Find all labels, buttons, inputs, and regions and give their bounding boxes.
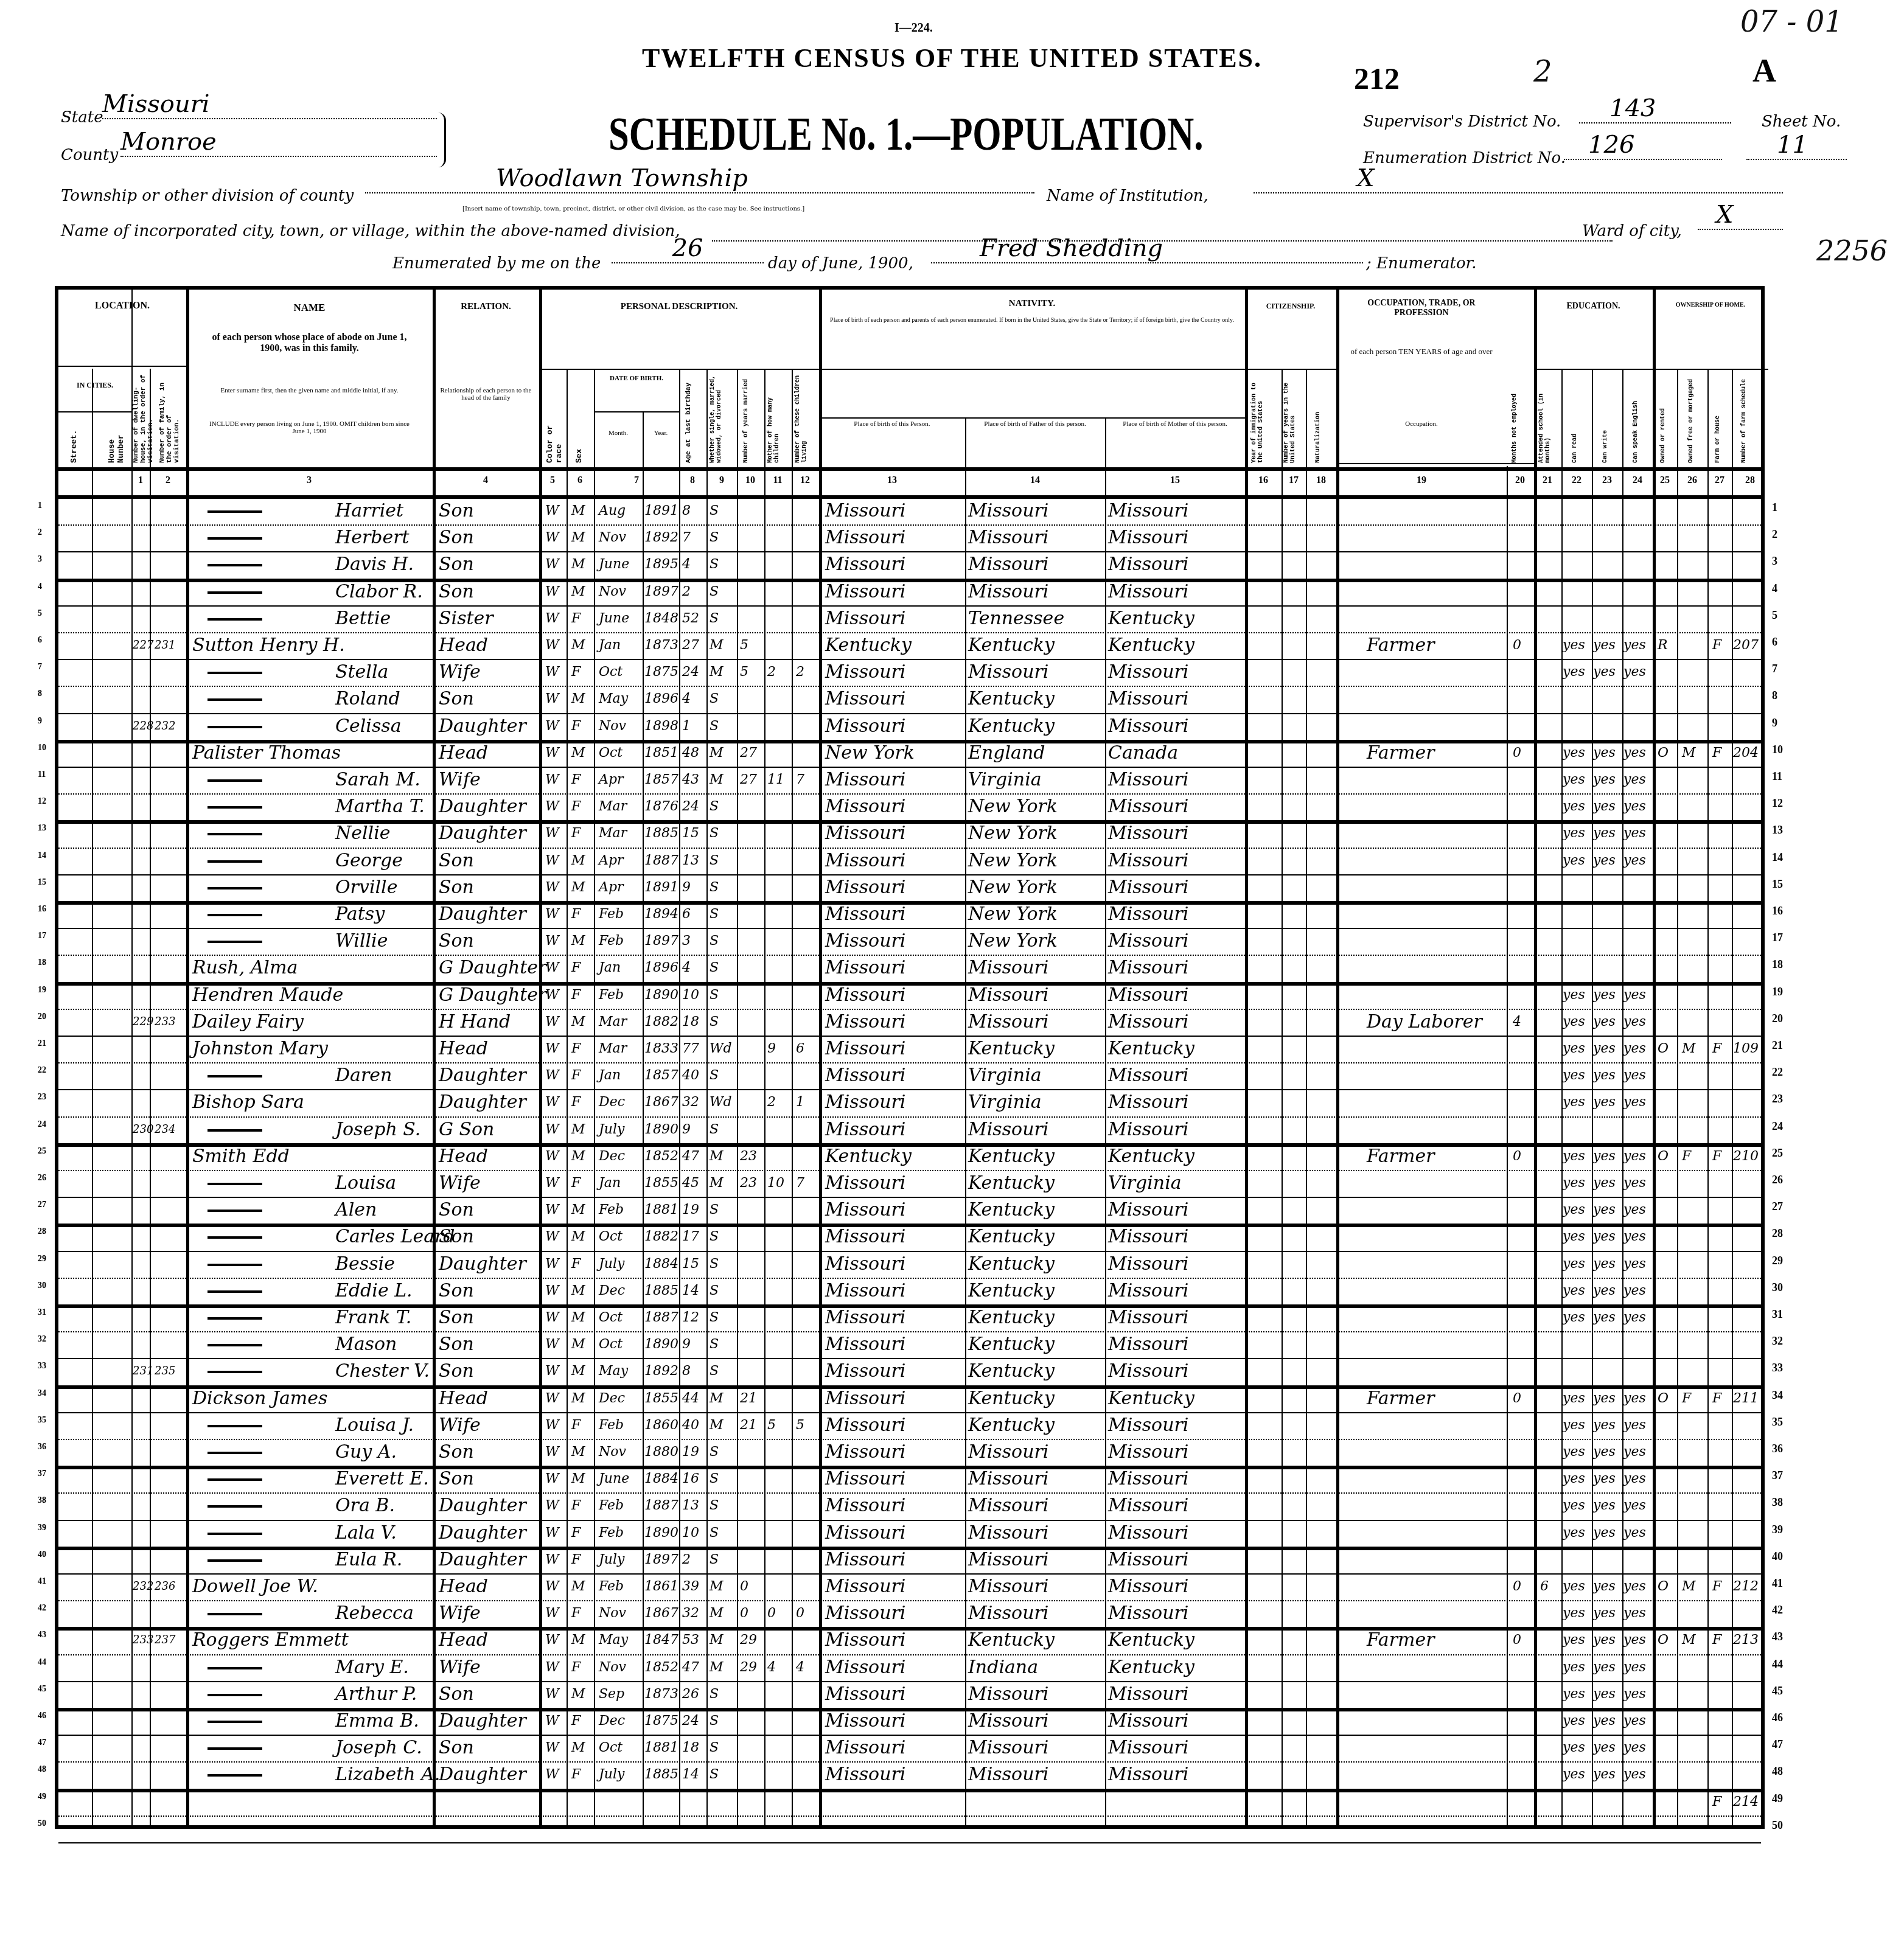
- supervisor-label: Supervisor's District No.: [1363, 113, 1561, 131]
- birth-year: 1873: [644, 632, 678, 659]
- dwelling-number: 229: [133, 1009, 153, 1036]
- can-speak-english: yes: [1623, 848, 1646, 874]
- table-row[interactable]: Arthur P.SonWMSep187326SMissouriMissouri…: [58, 1681, 1761, 1708]
- color: W: [545, 1331, 559, 1358]
- can-speak-english: yes: [1623, 1412, 1646, 1439]
- table-row[interactable]: Frank T.SonWMOct188712SMissouriKentuckyM…: [58, 1304, 1761, 1331]
- birthplace-person: Missouri: [825, 1547, 905, 1573]
- table-row[interactable]: Rush, AlmaG DaughterWFJan18964SMissouriM…: [58, 955, 1761, 981]
- header-house-number: House Number: [107, 417, 125, 463]
- person-name: Roland: [207, 686, 400, 712]
- birth-year: 1890: [644, 982, 678, 1009]
- line-number-left: 49: [38, 1792, 46, 1802]
- table-row[interactable]: HerbertSonWMNov18927SMissouriMissouriMis…: [58, 524, 1761, 551]
- can-speak-english: yes: [1623, 1761, 1646, 1788]
- supervisor-field[interactable]: 143: [1579, 94, 1731, 124]
- relation: Head: [439, 1627, 488, 1654]
- table-row[interactable]: Louisa J.WifeWFFeb186040M2155MissouriKen…: [58, 1412, 1761, 1439]
- table-row[interactable]: Hendren MaudeG DaughterWFFeb189010SMisso…: [58, 982, 1761, 1009]
- birth-year: 1876: [644, 793, 678, 820]
- line-number-left: 29: [38, 1255, 46, 1264]
- birthplace-father: Kentucky: [968, 1170, 1055, 1197]
- can-write: yes: [1593, 1170, 1616, 1197]
- person-name: Davis H.: [207, 551, 414, 578]
- column-number: 14: [1026, 475, 1044, 486]
- line-number-left: 42: [38, 1604, 46, 1614]
- line-number: 22: [1772, 1066, 1783, 1079]
- county-field[interactable]: Monroe: [120, 128, 437, 157]
- table-row[interactable]: Everett E.SonWMJune188416SMissouriMissou…: [58, 1466, 1761, 1492]
- line-number: 13: [1772, 824, 1783, 837]
- relation: Son: [439, 1197, 474, 1224]
- line-number: 46: [1772, 1711, 1783, 1724]
- birth-month: Jan: [599, 955, 621, 981]
- marital-status: S: [710, 982, 719, 1009]
- relation: Son: [439, 874, 474, 901]
- ditto-surname-dash: [207, 1317, 262, 1320]
- header-children-living: Number of these children living: [795, 375, 817, 463]
- ditto-surname-dash: [207, 1371, 262, 1373]
- line-number-left: 1: [38, 501, 42, 511]
- line-number-left: 25: [38, 1147, 46, 1157]
- table-row[interactable]: MasonSonWMOct18909SMissouriKentuckyMisso…: [58, 1331, 1761, 1358]
- birth-month: June: [599, 1466, 629, 1492]
- sex: M: [571, 579, 585, 605]
- table-row[interactable]: OrvilleSonWMApr18919SMissouriNew YorkMis…: [58, 874, 1761, 901]
- age: 32: [682, 1600, 699, 1627]
- table-row[interactable]: Lizabeth A.DaughterWFJuly188514SMissouri…: [58, 1761, 1761, 1788]
- line-number-left: 33: [38, 1362, 46, 1371]
- table-row[interactable]: BessieDaughterWFJuly188415SMissouriKentu…: [58, 1251, 1761, 1278]
- can-speak-english: yes: [1623, 1466, 1646, 1492]
- birthplace-mother: Missouri: [1108, 1009, 1188, 1036]
- header-naturalization: Naturalization: [1315, 399, 1322, 463]
- table-row[interactable]: WillieSonWMFeb18973SMissouriNew YorkMiss…: [58, 928, 1761, 955]
- sex: F: [571, 1492, 581, 1519]
- age: 9: [682, 874, 691, 901]
- children-living: 4: [796, 1654, 804, 1681]
- line-number-left: 6: [38, 636, 42, 646]
- table-row[interactable]: Sutton Henry H.227231HeadWMJan187327M5Ke…: [58, 632, 1761, 659]
- marital-status: S: [710, 1197, 719, 1224]
- line-number: 10: [1772, 743, 1783, 756]
- years-married: 5: [740, 632, 748, 659]
- birth-year: 1882: [644, 1009, 678, 1036]
- birthplace-mother: Missouri: [1108, 901, 1188, 928]
- sex: M: [571, 740, 585, 767]
- table-row[interactable]: BettieSisterWFJune184852SMissouriTenness…: [58, 605, 1761, 632]
- birthplace-mother: Kentucky: [1108, 1627, 1194, 1654]
- table-row[interactable]: NellieDaughterWFMar188515SMissouriNew Yo…: [58, 820, 1761, 847]
- birth-month: Dec: [599, 1089, 625, 1116]
- birthplace-mother: Missouri: [1108, 1089, 1188, 1116]
- color: W: [545, 713, 559, 740]
- sex: F: [571, 1062, 581, 1089]
- table-row[interactable]: Ora B.DaughterWFFeb188713SMissouriMissou…: [58, 1492, 1761, 1519]
- ditto-surname-dash: [207, 1452, 262, 1454]
- birthplace-person: Missouri: [825, 1170, 905, 1197]
- color: W: [545, 1143, 559, 1170]
- birth-month: Feb: [599, 901, 624, 928]
- table-row[interactable]: Guy A.SonWMNov188019SMissouriMissouriMis…: [58, 1439, 1761, 1466]
- age: 15: [682, 1251, 699, 1278]
- column-number: 6: [571, 475, 589, 486]
- birth-year: 1898: [644, 713, 678, 740]
- table-row[interactable]: AlenSonWMFeb188119SMissouriKentuckyMisso…: [58, 1197, 1761, 1224]
- birth-month: July: [599, 1547, 624, 1573]
- color: W: [545, 1573, 559, 1600]
- table-row[interactable]: Smith EddHeadWMDec185247M23KentuckyKentu…: [58, 1143, 1761, 1170]
- can-write: yes: [1593, 820, 1616, 847]
- ditto-surname-dash: [207, 1075, 262, 1077]
- birth-year: 1833: [644, 1036, 678, 1062]
- color: W: [545, 1385, 559, 1412]
- ditto-surname-dash: [207, 591, 262, 594]
- column-number: 24: [1628, 475, 1647, 486]
- birthplace-father: Missouri: [968, 1009, 1048, 1036]
- marital-status: S: [710, 1761, 719, 1788]
- line-number: 8: [1772, 689, 1777, 702]
- line-number: 28: [1772, 1227, 1783, 1240]
- birthplace-mother: Kentucky: [1108, 605, 1194, 632]
- table-row[interactable]: Roggers Emmett233237HeadWMMay184753M29Mi…: [58, 1627, 1761, 1654]
- table-row[interactable]: PatsyDaughterWFFeb18946SMissouriNew York…: [58, 901, 1761, 928]
- table-row[interactable]: Lala V.DaughterWFFeb189010SMissouriMisso…: [58, 1520, 1761, 1547]
- sheet-label: Sheet No.: [1762, 113, 1841, 131]
- color: W: [545, 1735, 559, 1761]
- table-row[interactable]: Joseph C.SonWMOct188118SMissouriMissouri…: [58, 1735, 1761, 1761]
- header-birth-father: Place of birth of Father of this person.: [968, 420, 1102, 428]
- column-number: 4: [476, 475, 495, 486]
- table-row[interactable]: DarenDaughterWFJan185740SMissouriVirgini…: [58, 1062, 1761, 1089]
- dwelling-number: 233: [133, 1627, 153, 1654]
- can-write: yes: [1593, 1466, 1616, 1492]
- can-write: yes: [1593, 1089, 1616, 1116]
- birthplace-person: Missouri: [825, 498, 905, 524]
- person-name: Joseph S.: [207, 1116, 420, 1143]
- dwelling-number: 231: [133, 1358, 153, 1385]
- table-row[interactable]: Davis H.SonWMJune18954SMissouriMissouriM…: [58, 551, 1761, 578]
- header-ownership: OWNERSHIP OF HOME.: [1653, 302, 1768, 308]
- marital-status: S: [710, 820, 719, 847]
- family-number: 234: [155, 1116, 175, 1143]
- dwelling-number: 232: [133, 1573, 153, 1600]
- color: W: [545, 1278, 559, 1304]
- can-write: yes: [1593, 1708, 1616, 1735]
- birthplace-person: Missouri: [825, 1492, 905, 1519]
- line-number-left: 2: [38, 528, 42, 538]
- ward-field[interactable]: X: [1698, 201, 1783, 230]
- can-write: yes: [1593, 1735, 1616, 1761]
- relation: Son: [439, 524, 474, 551]
- line-number-left: 11: [38, 770, 46, 780]
- table-row[interactable]: LouisaWifeWFJan185545M23107MissouriKentu…: [58, 1170, 1761, 1197]
- birthplace-person: Missouri: [825, 928, 905, 955]
- birth-year: 1860: [644, 1412, 678, 1439]
- ditto-surname-dash: [207, 1183, 262, 1185]
- enumerated-suffix: day of June, 1900,: [768, 254, 913, 273]
- city-label: Name of incorporated city, town, or vill…: [61, 222, 680, 240]
- table-row[interactable]: Johnston MaryHeadWFMar183377Wd96Missouri…: [58, 1036, 1761, 1062]
- birth-year: 1867: [644, 1600, 678, 1627]
- relation: Daughter: [439, 1492, 526, 1519]
- sex: M: [571, 1735, 585, 1761]
- mother-of: 9: [767, 1036, 776, 1062]
- birthplace-mother: Missouri: [1108, 955, 1188, 981]
- marital-status: S: [710, 1681, 719, 1708]
- age: 52: [682, 605, 699, 632]
- birth-year: 1875: [644, 1708, 678, 1735]
- months-unemployed: 0: [1513, 632, 1521, 659]
- years-married: 23: [740, 1170, 757, 1197]
- occupation: Farmer: [1367, 1627, 1435, 1654]
- birthplace-mother: Kentucky: [1108, 1143, 1194, 1170]
- marital-status: M: [710, 1600, 724, 1627]
- age: 9: [682, 1331, 691, 1358]
- farm-schedule: 214: [1733, 1789, 1759, 1815]
- marital-status: S: [710, 1116, 719, 1143]
- birth-month: Dec: [599, 1708, 625, 1735]
- can-write: yes: [1593, 1197, 1616, 1224]
- table-row[interactable]: GeorgeSonWMApr188713SMissouriNew YorkMis…: [58, 848, 1761, 874]
- can-speak-english: yes: [1623, 1197, 1646, 1224]
- person-name: Mary E.: [207, 1654, 409, 1681]
- sex: M: [571, 1358, 585, 1385]
- age: 27: [682, 632, 699, 659]
- header-months-unemployed: Months not employed: [1512, 387, 1531, 463]
- ward-label: Ward of city,: [1582, 222, 1682, 240]
- can-write: yes: [1593, 1304, 1616, 1331]
- birth-month: Mar: [599, 1009, 627, 1036]
- person-name: Dowell Joe W.: [192, 1573, 318, 1600]
- birthplace-father: Kentucky: [968, 1627, 1055, 1654]
- line-number: 14: [1772, 851, 1783, 864]
- table-row[interactable]: [58, 1815, 1761, 1842]
- line-number-left: 17: [38, 931, 46, 941]
- table-row[interactable]: Clabor R.SonWMNov18972SMissouriMissouriM…: [58, 579, 1761, 605]
- can-read: yes: [1563, 1304, 1585, 1331]
- line-number: 3: [1772, 555, 1777, 568]
- age: 32: [682, 1089, 699, 1116]
- ditto-surname-dash: [207, 726, 262, 728]
- line-number-left: 4: [38, 582, 42, 592]
- table-row[interactable]: Celissa228232DaughterWFNov18981SMissouri…: [58, 713, 1761, 740]
- can-speak-english: yes: [1623, 1009, 1646, 1036]
- birthplace-mother: Missouri: [1108, 1331, 1188, 1358]
- sheet-field[interactable]: 11: [1746, 131, 1847, 160]
- person-name: Clabor R.: [207, 579, 423, 605]
- column-number: 27: [1710, 475, 1729, 486]
- header-farm-house: Farm or house: [1715, 399, 1721, 463]
- years-married: 0: [740, 1600, 748, 1627]
- birth-month: Jan: [599, 1062, 621, 1089]
- line-number: 47: [1772, 1738, 1783, 1751]
- table-row[interactable]: StellaWifeWFOct187524M522MissouriMissour…: [58, 659, 1761, 686]
- can-speak-english: yes: [1623, 1654, 1646, 1681]
- table-row[interactable]: Martha T.DaughterWFMar187624SMissouriNew…: [58, 793, 1761, 820]
- township-field[interactable]: Woodlawn Township: [365, 164, 1034, 193]
- ditto-surname-dash: [207, 1747, 262, 1750]
- ed-label: Enumeration District No.: [1363, 149, 1566, 167]
- birthplace-mother: Missouri: [1108, 1466, 1188, 1492]
- header-farm-schedule: Number of farm schedule: [1741, 375, 1748, 463]
- can-read: yes: [1563, 740, 1585, 767]
- years-married: 21: [740, 1412, 757, 1439]
- can-read: yes: [1563, 982, 1585, 1009]
- table-row[interactable]: Chester V.231235SonWMMay18928SMissouriKe…: [58, 1358, 1761, 1385]
- table-row[interactable]: Eula R.DaughterWFJuly18972SMissouriMisso…: [58, 1547, 1761, 1573]
- ed-field[interactable]: 126: [1564, 131, 1722, 160]
- relation: Daughter: [439, 1520, 526, 1547]
- table-row[interactable]: Carles LeardSonWMOct188217SMissouriKentu…: [58, 1224, 1761, 1250]
- table-row[interactable]: Sarah M.WifeWFApr185743M27117MissouriVir…: [58, 767, 1761, 793]
- can-write: yes: [1593, 1492, 1616, 1519]
- county-label: County: [61, 146, 118, 164]
- birthplace-father: Missouri: [968, 1547, 1048, 1573]
- table-row[interactable]: F214: [58, 1789, 1761, 1815]
- person-name: Alen: [207, 1197, 377, 1224]
- color: W: [545, 1170, 559, 1197]
- enumerated-day-field[interactable]: 26: [612, 234, 764, 263]
- months-unemployed: 0: [1513, 1143, 1521, 1170]
- birthplace-person: Missouri: [825, 1761, 905, 1788]
- owned-free: F: [1682, 1385, 1691, 1412]
- header-in-cities: IN CITIES.: [58, 381, 131, 390]
- header-birth-person: Place of birth of this Person.: [822, 420, 962, 428]
- relation: Daughter: [439, 793, 526, 820]
- sex: F: [571, 1251, 581, 1278]
- birth-month: May: [599, 1627, 628, 1654]
- table-row[interactable]: Palister ThomasHeadWMOct185148M27New Yor…: [58, 740, 1761, 767]
- line-number-left: 8: [38, 689, 42, 699]
- birthplace-father: Kentucky: [968, 1251, 1055, 1278]
- can-write: yes: [1593, 1627, 1616, 1654]
- column-number: 1: [131, 475, 150, 486]
- marital-status: S: [710, 713, 719, 740]
- marital-status: S: [710, 551, 719, 578]
- birthplace-mother: Missouri: [1108, 982, 1188, 1009]
- birthplace-mother: Missouri: [1108, 1735, 1188, 1761]
- table-row[interactable]: Emma B.DaughterWFDec187524SMissouriMisso…: [58, 1708, 1761, 1735]
- owned-free: M: [1682, 1627, 1696, 1654]
- age: 6: [682, 901, 691, 928]
- sex: F: [571, 793, 581, 820]
- birth-year: 1885: [644, 820, 678, 847]
- line-number: 33: [1772, 1362, 1783, 1374]
- birth-year: 1897: [644, 579, 678, 605]
- can-read: yes: [1563, 1251, 1585, 1278]
- header-family: Number of family, in the order of visita…: [159, 372, 177, 463]
- enumerator-name-field[interactable]: Fred Shedding: [931, 234, 1363, 263]
- birthplace-mother: Kentucky: [1108, 1385, 1194, 1412]
- line-number: 19: [1772, 986, 1783, 998]
- line-number: 9: [1772, 717, 1777, 729]
- age: 1: [682, 713, 691, 740]
- birthplace-father: Missouri: [968, 1466, 1048, 1492]
- birthplace-person: Missouri: [825, 1304, 905, 1331]
- birthplace-mother: Missouri: [1108, 686, 1188, 712]
- birth-month: Mar: [599, 820, 627, 847]
- birthplace-person: Missouri: [825, 1116, 905, 1143]
- birthplace-father: Virginia: [968, 767, 1042, 793]
- sex: M: [571, 874, 585, 901]
- ditto-surname-dash: [207, 1667, 262, 1669]
- birthplace-mother: Kentucky: [1108, 1036, 1194, 1062]
- table-row[interactable]: HarrietSonWMAug18918SMissouriMissouriMis…: [58, 498, 1761, 524]
- marital-status: M: [710, 1573, 724, 1600]
- column-number: 22: [1567, 475, 1586, 486]
- table-row[interactable]: Bishop SaraDaughterWFDec186732Wd21Missou…: [58, 1089, 1761, 1116]
- line-number: 41: [1772, 1577, 1783, 1590]
- header-education: EDUCATION.: [1534, 302, 1653, 312]
- row-divider: [58, 1842, 1761, 1843]
- state-field[interactable]: Missouri: [102, 90, 437, 119]
- owned-rented: R: [1658, 632, 1668, 659]
- birthplace-mother: Missouri: [1108, 1278, 1188, 1304]
- birthplace-person: Missouri: [825, 955, 905, 981]
- column-number: 11: [769, 475, 787, 486]
- birthplace-mother: Kentucky: [1108, 632, 1194, 659]
- table-row[interactable]: Eddie L.SonWMDec188514SMissouriKentuckyM…: [58, 1278, 1761, 1304]
- birth-year: 1857: [644, 1062, 678, 1089]
- column-number: 7: [627, 475, 646, 486]
- birthplace-father: Missouri: [968, 498, 1048, 524]
- institution-field[interactable]: X: [1254, 164, 1783, 193]
- birth-month: Oct: [599, 1735, 622, 1761]
- relation: Son: [439, 551, 474, 578]
- table-row[interactable]: Joseph S.230234G SonWMJuly18909SMissouri…: [58, 1116, 1761, 1143]
- can-speak-english: yes: [1623, 1520, 1646, 1547]
- person-name: Arthur P.: [207, 1681, 417, 1708]
- marital-status: S: [710, 1466, 719, 1492]
- person-name: Herbert: [207, 524, 410, 551]
- table-row[interactable]: Dailey Fairy229233H HandWMMar188218SMiss…: [58, 1009, 1761, 1036]
- owned-rented: O: [1658, 1573, 1669, 1600]
- table-row[interactable]: Dickson JamesHeadWMDec185544M21MissouriK…: [58, 1385, 1761, 1412]
- color: W: [545, 524, 559, 551]
- age: 40: [682, 1412, 699, 1439]
- color: W: [545, 1627, 559, 1654]
- birthplace-person: Missouri: [825, 524, 905, 551]
- birthplace-mother: Missouri: [1108, 579, 1188, 605]
- birthplace-father: Kentucky: [968, 713, 1055, 740]
- line-number: 38: [1772, 1496, 1783, 1509]
- sex: M: [571, 1143, 585, 1170]
- color: W: [545, 874, 559, 901]
- relation: G Daughter: [439, 955, 546, 981]
- header-name-note2: INCLUDE every person living on June 1, 1…: [204, 420, 414, 435]
- table-row[interactable]: RebeccaWifeWFNov186732M000MissouriMissou…: [58, 1600, 1761, 1627]
- relation: Head: [439, 1573, 488, 1600]
- age: 14: [682, 1761, 699, 1788]
- line-number-left: 44: [38, 1658, 46, 1668]
- ditto-surname-dash: [207, 1533, 262, 1535]
- person-name: Hendren Maude: [192, 982, 343, 1009]
- line-number-left: 16: [38, 905, 46, 914]
- table-row[interactable]: RolandSonWMMay18964SMissouriKentuckyMiss…: [58, 686, 1761, 712]
- ditto-surname-dash: [207, 1290, 262, 1293]
- ditto-surname-dash: [207, 806, 262, 809]
- birthplace-mother: Missouri: [1108, 1439, 1188, 1466]
- header-can-write: Can write: [1602, 411, 1609, 463]
- ditto-surname-dash: [207, 564, 262, 566]
- can-read: yes: [1563, 1735, 1585, 1761]
- line-number-left: 9: [38, 717, 42, 726]
- can-speak-english: yes: [1623, 1251, 1646, 1278]
- table-row[interactable]: Mary E.WifeWFNov185247M2944MissouriIndia…: [58, 1654, 1761, 1681]
- can-speak-english: yes: [1623, 1735, 1646, 1761]
- table-row[interactable]: Dowell Joe W.232236HeadWMFeb186139M0Miss…: [58, 1573, 1761, 1600]
